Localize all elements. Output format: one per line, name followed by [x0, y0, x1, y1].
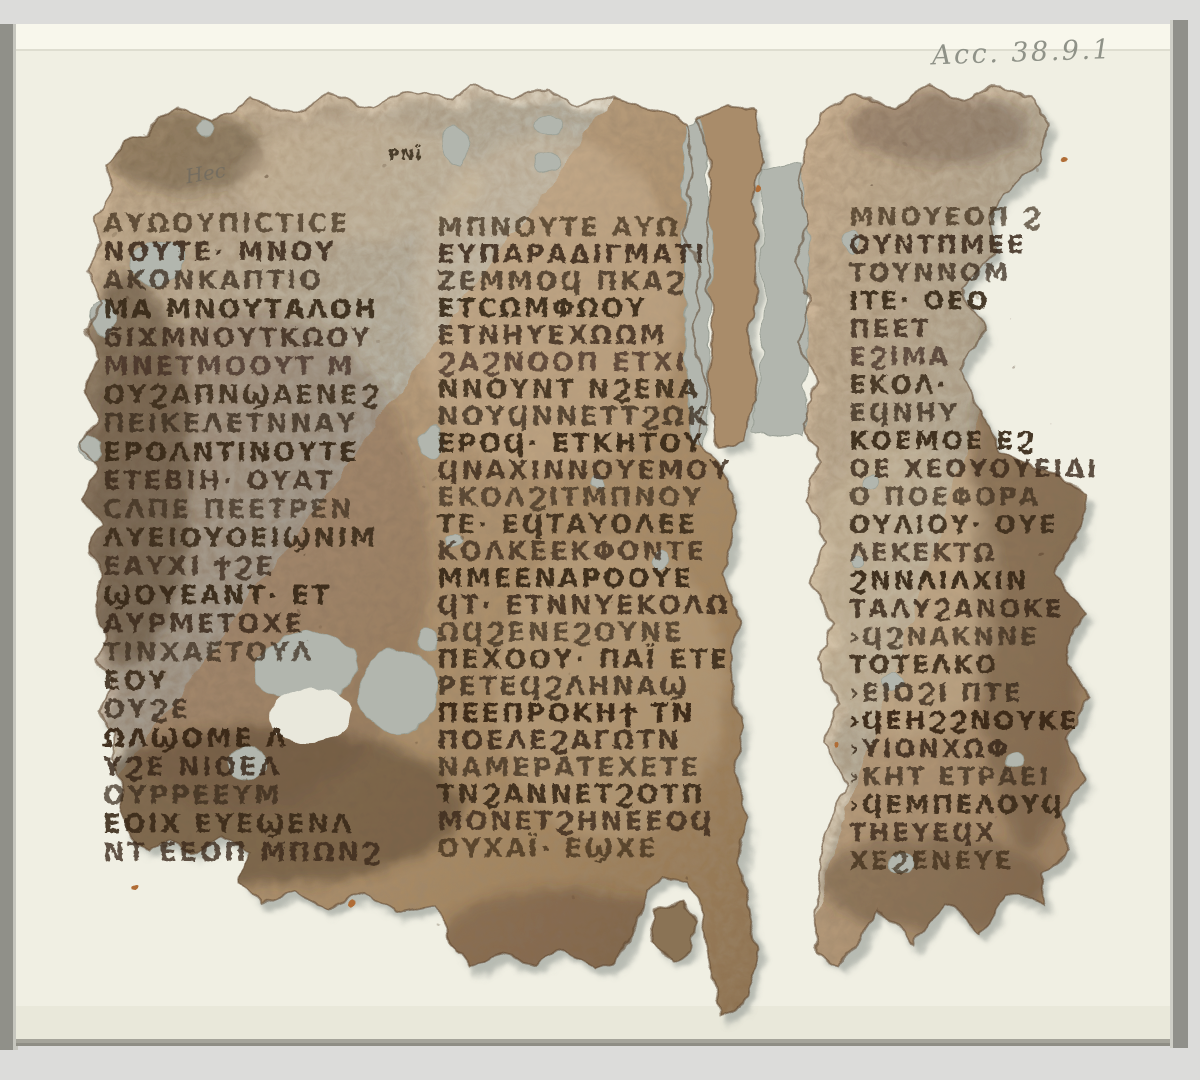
mount-board-bottom-shadow	[16, 1043, 1172, 1046]
manuscript-text-line: ΠΕΕΠΡΟΚΗϮ ΤΝ	[437, 699, 695, 729]
manuscript-text-line: ΝΟΥϤΝΝΕΤΤϨΩΚ	[437, 402, 709, 432]
manuscript-text-line: ΑΥΩΟΥΠΙCΤΙCΕ	[103, 209, 350, 239]
manuscript-text-line: ΩϤϨΕΝΕϨΟΥΝΕ	[437, 618, 684, 648]
manuscript-text-line: ΟΕ ΧΕΟΥΟΥΕΙΔΙ	[849, 454, 1099, 483]
speck	[265, 173, 269, 177]
speck	[378, 339, 382, 343]
manuscript-text: ΑΥΩΟΥΠΙCΤΙCΕΝΟΥΤΕ· ΜΝΟΥΑΚΟΝΚΑΠΤΙΟΜΑ ΜΝΟΥ…	[102, 145, 1099, 875]
manuscript-text-line: ΕΚΟΛ·	[849, 370, 948, 399]
manuscript-text-line: ΤΕ· ΕϤΤΑΥΟΛΕΕ	[437, 510, 698, 540]
manuscript-text-line: ΕΤΝΗΥΕΧΩΩΜ	[437, 321, 668, 351]
manuscript-text-line: ΜΑ ΜΝΟΥΤΑΛΟΗ	[103, 295, 378, 325]
manuscript-text-line: ΕΟΙΧ ΕΥΕϢΕΝΛ	[103, 810, 354, 840]
manuscript-text-line: ΕϨΙΜΑ	[849, 342, 950, 371]
manuscript-text-line: ΤΙΝΧΑΕΤΟΥΛ	[103, 638, 314, 668]
manuscript-text-line: CΛΠΕ ΠΕΕΤΡΕΝ	[103, 495, 354, 525]
manuscript-text-line: ΝΑΜΕΡΑΤΕΧΕΤΕ	[437, 753, 701, 783]
manuscript-text-line: ΕΡΟϤ· ΕΤΚΗΤΟΥ	[437, 429, 705, 459]
speck	[144, 130, 146, 132]
manuscript-text-line: ΩΛϢΟΜΕ Λ	[103, 724, 289, 754]
manuscript-text-line: ›ϤΕΜΠΕΛΟΥϤ	[849, 790, 1065, 819]
manuscript-text-line: ΙΤΕ· ΟΕΟ	[849, 286, 990, 315]
manuscript-text-line: ΤΝϨΑΝΝΕΤϨΟΤΠ	[437, 780, 705, 810]
speck	[400, 451, 402, 453]
photograph-of-manuscript-fragment: Acc. 38.9.1	[0, 0, 1200, 1080]
manuscript-text-line: ΝΤ ΕΕΟΠ ΜΠΩΝϨ	[103, 838, 383, 868]
manuscript-text-line: ΤΟΥΝΝΟΜ	[849, 258, 1011, 287]
manuscript-text-line: ΖΕΜΜΟϤ ΠΚΑϨ	[437, 267, 687, 297]
manuscript-text-line: ΟΥϨΕ	[103, 695, 191, 725]
speck	[874, 184, 876, 186]
manuscript-text-line: ΕΑΥΧΙ ϮϨΕ	[103, 552, 276, 582]
manuscript-text-line: ›ϤΕΗϨϨΝΟΥΚΕ	[849, 706, 1079, 735]
manuscript-text-line: ΠΕΕΤ	[849, 314, 931, 343]
speck	[1048, 423, 1050, 425]
manuscript-text-line: ϬΙϪΜΝΟΥΤΚΩΟΥ	[103, 323, 372, 353]
manuscript-text-line: ›ϤϨΝΑΚΝΝΕ	[849, 622, 1040, 651]
manuscript-text-line: ΕϤΝΗΥ	[849, 398, 959, 427]
manuscript-text-line: ΟΥΝΤΠΜΕΕ	[849, 230, 1026, 259]
manuscript-text-line: ΕΡΟΛΝΤΙΝΟΥΤΕ	[103, 438, 359, 468]
manuscript-text-line: Ο ΠΟΕΦΟΡΑ	[849, 482, 1041, 511]
manuscript-text-line: ΚΟΛΚΕΕΚΦΟΝΤΕ	[437, 537, 707, 567]
manuscript-text-line: ΤΟΤΕΛΚΟ	[849, 650, 999, 679]
manuscript-text-line: ›ΥΙΟΝΧΩΦ	[849, 734, 1011, 763]
manuscript-text-line: ΕΚΟΛϨΙΤΜΠΝΟΥ	[437, 483, 704, 513]
speck	[319, 625, 322, 628]
manuscript-text-line: ΜΝΟΥΕΟΠ Ϩ	[849, 202, 1043, 231]
manuscript-text-line: ϨΑϨΝΟΟΠ ΕΤΧΙ	[437, 348, 687, 378]
manuscript-text-line: ΜΜΕΕΝΑΡΟΟΥΕ	[437, 564, 694, 594]
manuscript-text-line: ϨΝΝΛΙΛΧΙΝ	[849, 566, 1029, 595]
manuscript-text-line: ϤΝΑΧΙΝΝΟΥΕΜΟΥ	[437, 456, 732, 486]
manuscript-text-line: ΛΥΕΙΟΥΟΕΙϢΝΙΜ	[103, 524, 378, 554]
speck	[412, 739, 414, 741]
manuscript-text-line: ΜΠΝΟΥΤΕ ΑΥΩ	[437, 213, 680, 243]
manuscript-text-line: ΕΥΠΑΡΑΔΙΓΜΑΤΙ	[437, 240, 707, 270]
manuscript-text-line: ΤΑΛΥϨΑΝΟΚΕ	[849, 594, 1064, 623]
accession-number-label: Acc. 38.9.1	[928, 34, 1112, 71]
manuscript-text-line: ΛΕΚΕΚΤΩ	[849, 538, 997, 567]
manuscript-text-line: ΜΝΕΤΜΟΟΥΤ Μ	[103, 352, 355, 382]
speck	[573, 898, 577, 902]
manuscript-text-line: ΥϨΕ ΝΙΟΕΛ	[102, 752, 282, 782]
manuscript-text-line: ΑΚΟΝΚΑΠΤΙΟ	[103, 266, 324, 296]
manuscript-photo-canvas: Acc. 38.9.1	[0, 0, 1200, 1080]
page-number-mark: ΡΝΪ	[388, 145, 422, 164]
manuscript-text-line: ›ΚΗΤ ΕΤΡΑΕΙ	[849, 762, 1051, 791]
speck	[1041, 554, 1044, 557]
manuscript-text-line: ΠΕΧΟΟΥ· ΠΑΪ ΕΤΕ	[437, 643, 730, 675]
manuscript-text-line: ΠΕΙΚΕΛΕΤΝΝΑΥ	[103, 409, 358, 439]
glass-edge-right	[1173, 20, 1188, 1048]
manuscript-text-line: ΠΟΕΛΕϨΑΓΩΤΝ	[437, 726, 681, 756]
manuscript-text-line: ΧΕϨΕΝΕΥΕ	[849, 846, 1014, 875]
manuscript-text-line: ΤΗΕΥΕϤΧ	[849, 818, 997, 847]
speck	[432, 475, 436, 479]
manuscript-text-line: ›ΕΙΟϨΙ ΠΤΕ	[849, 678, 1023, 707]
manuscript-text-line: ΡΕΤΕϤϨΛΗΝΑϢ	[437, 672, 690, 702]
speck	[1012, 319, 1014, 321]
manuscript-text-line: ΚΟΕΜΟΕ ΕϨ	[849, 426, 1037, 455]
manuscript-text-line: ΕΤCΩΜΦΩΟΥ	[437, 294, 647, 324]
speck	[687, 875, 690, 878]
manuscript-text-line: ΕΤΕΒΙΗ· ΟΥΑΤ	[103, 466, 335, 496]
manuscript-text-line: ΑΥΡΜΕΤΟΧΕ	[103, 609, 305, 639]
manuscript-text-line: ΟΥΛΙΟΥ· ΟΥΕ	[849, 510, 1059, 539]
manuscript-text-line: ϤΤ· ΕΤΝΝΥΕΚΟΛΩ	[437, 591, 730, 621]
manuscript-text-line: ΟΥΧΑΪ· ΕϢΧΕ	[437, 832, 658, 864]
manuscript-text-line: ϢΟΥΕΑΝΤ· ΕΤ	[103, 581, 332, 611]
speck	[903, 143, 907, 147]
manuscript-text-line: ΟΥΡΡΕΕΥΜ	[103, 781, 282, 811]
manuscript-text-line: ΟΥϨΑΠΝϢΑΕΝΕϨ	[103, 381, 382, 411]
speck	[381, 163, 385, 167]
speck	[1013, 363, 1016, 366]
mount-board-bottom-bevel	[16, 1006, 1172, 1040]
manuscript-text-line: ΜΟΝΕΤϨΗΝΕΕΟϤ	[437, 807, 714, 837]
manuscript-text-line: ΝΟΥΤΕ· ΜΝΟΥ	[103, 238, 336, 268]
manuscript-text-line: ΕΟΥ	[103, 667, 169, 697]
speck	[1037, 166, 1041, 170]
manuscript-text-line: ΝΝΟΥΝΤ ΝϨΕΝΑ	[437, 375, 700, 405]
speck	[435, 924, 438, 927]
glass-edge-right-highlight	[1170, 20, 1173, 1048]
speck	[423, 486, 426, 489]
